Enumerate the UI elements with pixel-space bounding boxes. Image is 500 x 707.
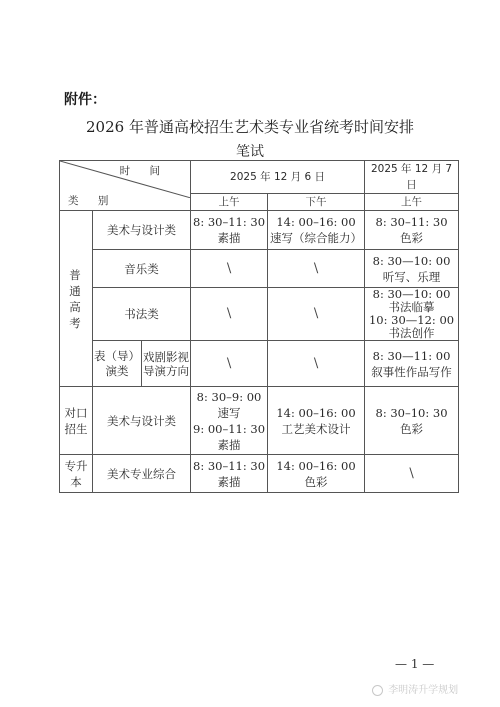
- schedule-cell: 8: 30–11: 30色彩: [365, 211, 459, 250]
- group-char: 考: [60, 315, 92, 331]
- time-text: 8: 30—10: 00: [365, 253, 458, 269]
- document-title: 2026 年普通高校招生艺术类专业省统考时间安排: [0, 116, 500, 137]
- subject-text: 素描: [191, 437, 267, 453]
- time-text: 14: 00–16: 00: [268, 458, 364, 474]
- subject-text: 叙事性作品写作: [365, 364, 458, 380]
- exam-schedule-table: 时 间 类 别 2025 年 12 月 6 日 2025 年 12 月 7 日 …: [59, 160, 459, 493]
- table-row: 表（导）演类 戏剧影视导演方向 \ \ 8: 30—11: 00叙事性作品写作: [60, 341, 459, 387]
- table-row: 音乐类 \ \ 8: 30—10: 00听写、乐理: [60, 250, 459, 288]
- time-text: 9: 00–11: 30: [191, 421, 267, 437]
- time-text: 8: 30—11: 00: [365, 348, 458, 364]
- attachment-label: 附件：: [64, 89, 106, 109]
- subject-text: 色彩: [365, 421, 458, 437]
- group-label-duikou: 对口 招生: [60, 387, 93, 455]
- category-cell: 美术与设计类: [93, 211, 191, 250]
- group-char: 高: [60, 299, 92, 315]
- table-row: 专升 本 美术专业综合 8: 30–11: 30素描 14: 00–16: 00…: [60, 455, 459, 493]
- no-exam-cell: \: [268, 250, 365, 288]
- table-row: 普 通 高 考 美术与设计类 8: 30–11: 30素描 14: 00–16:…: [60, 211, 459, 250]
- category-cell: 美术专业综合: [93, 455, 191, 493]
- category-cell: 书法类: [93, 288, 191, 341]
- category-cell: 表（导）演类: [93, 341, 142, 387]
- category-cell: 音乐类: [93, 250, 191, 288]
- no-exam-cell: \: [191, 250, 268, 288]
- period-header-dec6-pm: 下午: [268, 194, 365, 211]
- schedule-cell: 8: 30—11: 00叙事性作品写作: [365, 341, 459, 387]
- group-label-zhuanshengben: 专升 本: [60, 455, 93, 493]
- subject-text: 工艺美术设计: [268, 421, 364, 437]
- time-text: 8: 30–9: 00: [191, 389, 267, 405]
- watermark: 李明涛升学规划: [372, 681, 458, 696]
- subject-text: 书法创作: [365, 327, 458, 340]
- page-number: — 1 —: [395, 657, 434, 671]
- time-text: 8: 30–11: 30: [191, 214, 267, 230]
- category-cell: 美术与设计类: [93, 387, 191, 455]
- group-char: 通: [60, 283, 92, 299]
- group-char: 招生: [60, 421, 92, 437]
- date-header-dec7: 2025 年 12 月 7 日: [365, 161, 459, 194]
- subject-text: 素描: [191, 230, 267, 246]
- schedule-cell: 8: 30—10: 00听写、乐理: [365, 250, 459, 288]
- section-subtitle: 笔试: [0, 141, 500, 161]
- schedule-cell: 8: 30–11: 30素描: [191, 455, 268, 493]
- group-char: 本: [60, 474, 92, 490]
- no-exam-cell: \: [268, 288, 365, 341]
- group-char: 普: [60, 267, 92, 283]
- schedule-cell: 14: 00–16: 00工艺美术设计: [268, 387, 365, 455]
- watermark-text: 李明涛升学规划: [388, 685, 458, 696]
- no-exam-cell: \: [191, 288, 268, 341]
- time-text: 8: 30–11: 30: [365, 214, 458, 230]
- time-text: 14: 00–16: 00: [268, 214, 364, 230]
- time-text: 8: 30–11: 30: [191, 458, 267, 474]
- subject-text: 色彩: [268, 474, 364, 490]
- date-header-dec6: 2025 年 12 月 6 日: [191, 161, 365, 194]
- subcategory-cell: 戏剧影视导演方向: [142, 341, 191, 387]
- time-text: 8: 30–10: 30: [365, 405, 458, 421]
- subject-text: 速写（综合能力）: [268, 230, 364, 246]
- time-text: 14: 00–16: 00: [268, 405, 364, 421]
- table-row: 对口 招生 美术与设计类 8: 30–9: 00 速写 9: 00–11: 30…: [60, 387, 459, 455]
- period-header-dec7-am: 上午: [365, 194, 459, 211]
- group-label-putong: 普 通 高 考: [60, 211, 93, 387]
- corner-header-cell: 时 间 类 别: [60, 161, 191, 211]
- schedule-cell: 8: 30–11: 30素描: [191, 211, 268, 250]
- subject-text: 素描: [191, 474, 267, 490]
- no-exam-cell: \: [191, 341, 268, 387]
- no-exam-cell: \: [365, 455, 459, 493]
- schedule-cell: 14: 00–16: 00速写（综合能力）: [268, 211, 365, 250]
- group-char: 专升: [60, 458, 92, 474]
- schedule-cell: 8: 30—10: 00 书法临摹 10: 30—12: 00 书法创作: [365, 288, 459, 341]
- watermark-logo-icon: [372, 685, 383, 696]
- header-row-dates: 时 间 类 别 2025 年 12 月 6 日 2025 年 12 月 7 日: [60, 161, 459, 194]
- no-exam-cell: \: [268, 341, 365, 387]
- corner-category-label: 类 别: [68, 193, 116, 209]
- table-row: 书法类 \ \ 8: 30—10: 00 书法临摹 10: 30—12: 00 …: [60, 288, 459, 341]
- schedule-cell: 8: 30–10: 30色彩: [365, 387, 459, 455]
- corner-time-label: 时 间: [120, 163, 168, 179]
- schedule-cell: 14: 00–16: 00色彩: [268, 455, 365, 493]
- subject-text: 速写: [191, 405, 267, 421]
- subject-text: 听写、乐理: [365, 269, 458, 285]
- subject-text: 色彩: [365, 230, 458, 246]
- group-char: 对口: [60, 405, 92, 421]
- period-header-dec6-am: 上午: [191, 194, 268, 211]
- schedule-cell: 8: 30–9: 00 速写 9: 00–11: 30 素描: [191, 387, 268, 455]
